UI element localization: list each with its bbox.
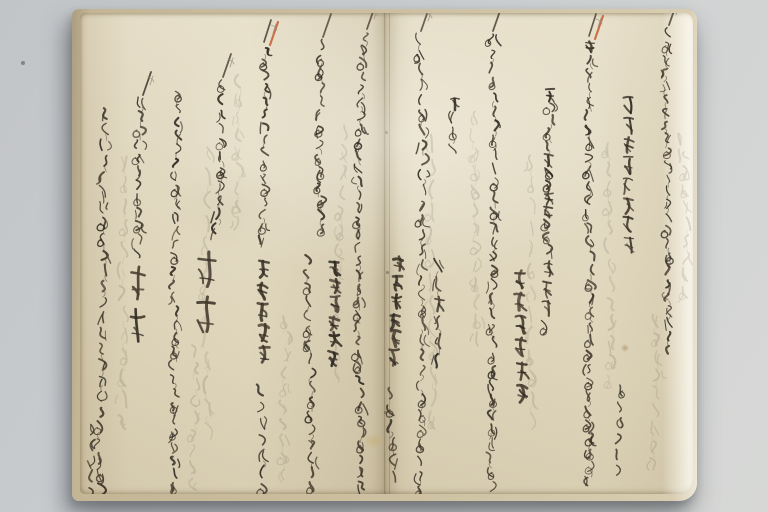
note-column xyxy=(243,356,277,494)
note-column xyxy=(605,357,639,490)
poet-name-column xyxy=(381,228,415,378)
photo-background xyxy=(0,0,768,512)
poem-column xyxy=(651,13,685,368)
heading-column xyxy=(438,68,472,168)
dust-speck xyxy=(21,61,25,65)
manuscript-book xyxy=(80,13,693,494)
poem-column xyxy=(475,13,509,494)
poet-name-column xyxy=(121,238,155,362)
poem-column xyxy=(205,52,239,248)
note-column xyxy=(80,396,111,494)
manuscript-book-edges xyxy=(72,9,697,501)
note-column xyxy=(373,359,407,494)
poem-column xyxy=(573,13,607,494)
poem-column xyxy=(248,18,282,258)
poet-name-column xyxy=(190,222,224,352)
calligraphy-layer xyxy=(80,13,693,494)
poem-column xyxy=(290,226,324,494)
heading-column xyxy=(611,68,645,266)
poem-column xyxy=(161,62,195,494)
poem-column xyxy=(305,13,339,248)
